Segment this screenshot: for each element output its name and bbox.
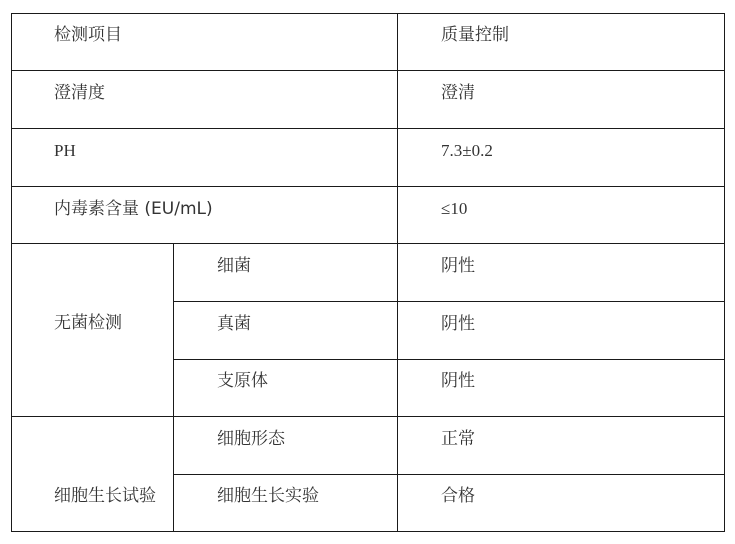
row-item: 澄清度 [54,83,105,103]
table-border-left [11,13,12,532]
subrow-control: 正常 [441,429,475,449]
row-control: ≤10 [441,199,467,219]
row-divider [173,359,725,360]
subrow-control: 阴性 [441,371,475,391]
row-divider [173,301,725,302]
row-control: 7.3±0.2 [441,141,493,161]
row-item: PH [54,141,76,161]
subrow-item: 细菌 [217,256,251,276]
subrow-item: 细胞生长实验 [217,486,319,506]
row-item: 内毒素含量 (EU/mL) [54,199,213,219]
group-label: 细胞生长试验 [54,486,156,506]
subrow-control: 合格 [441,486,475,506]
subrow-item: 细胞形态 [217,429,285,449]
group-label: 无菌检测 [54,313,122,333]
row-divider [11,416,725,417]
table-border-top [11,13,725,14]
row-divider [11,186,725,187]
table-border-bottom [11,531,725,532]
column-divider [397,13,398,532]
row-divider [11,128,725,129]
row-divider [11,70,725,71]
subrow-control: 阴性 [441,256,475,276]
row-divider [11,243,725,244]
table-border-right [724,13,725,532]
subrow-control: 阴性 [441,314,475,334]
subrow-item: 真菌 [217,314,251,334]
row-control: 澄清 [441,83,475,103]
row-divider [173,474,725,475]
header-control: 质量控制 [441,25,509,45]
subrow-item: 支原体 [217,371,268,391]
header-item: 检测项目 [54,25,122,45]
subcolumn-divider [173,243,174,532]
